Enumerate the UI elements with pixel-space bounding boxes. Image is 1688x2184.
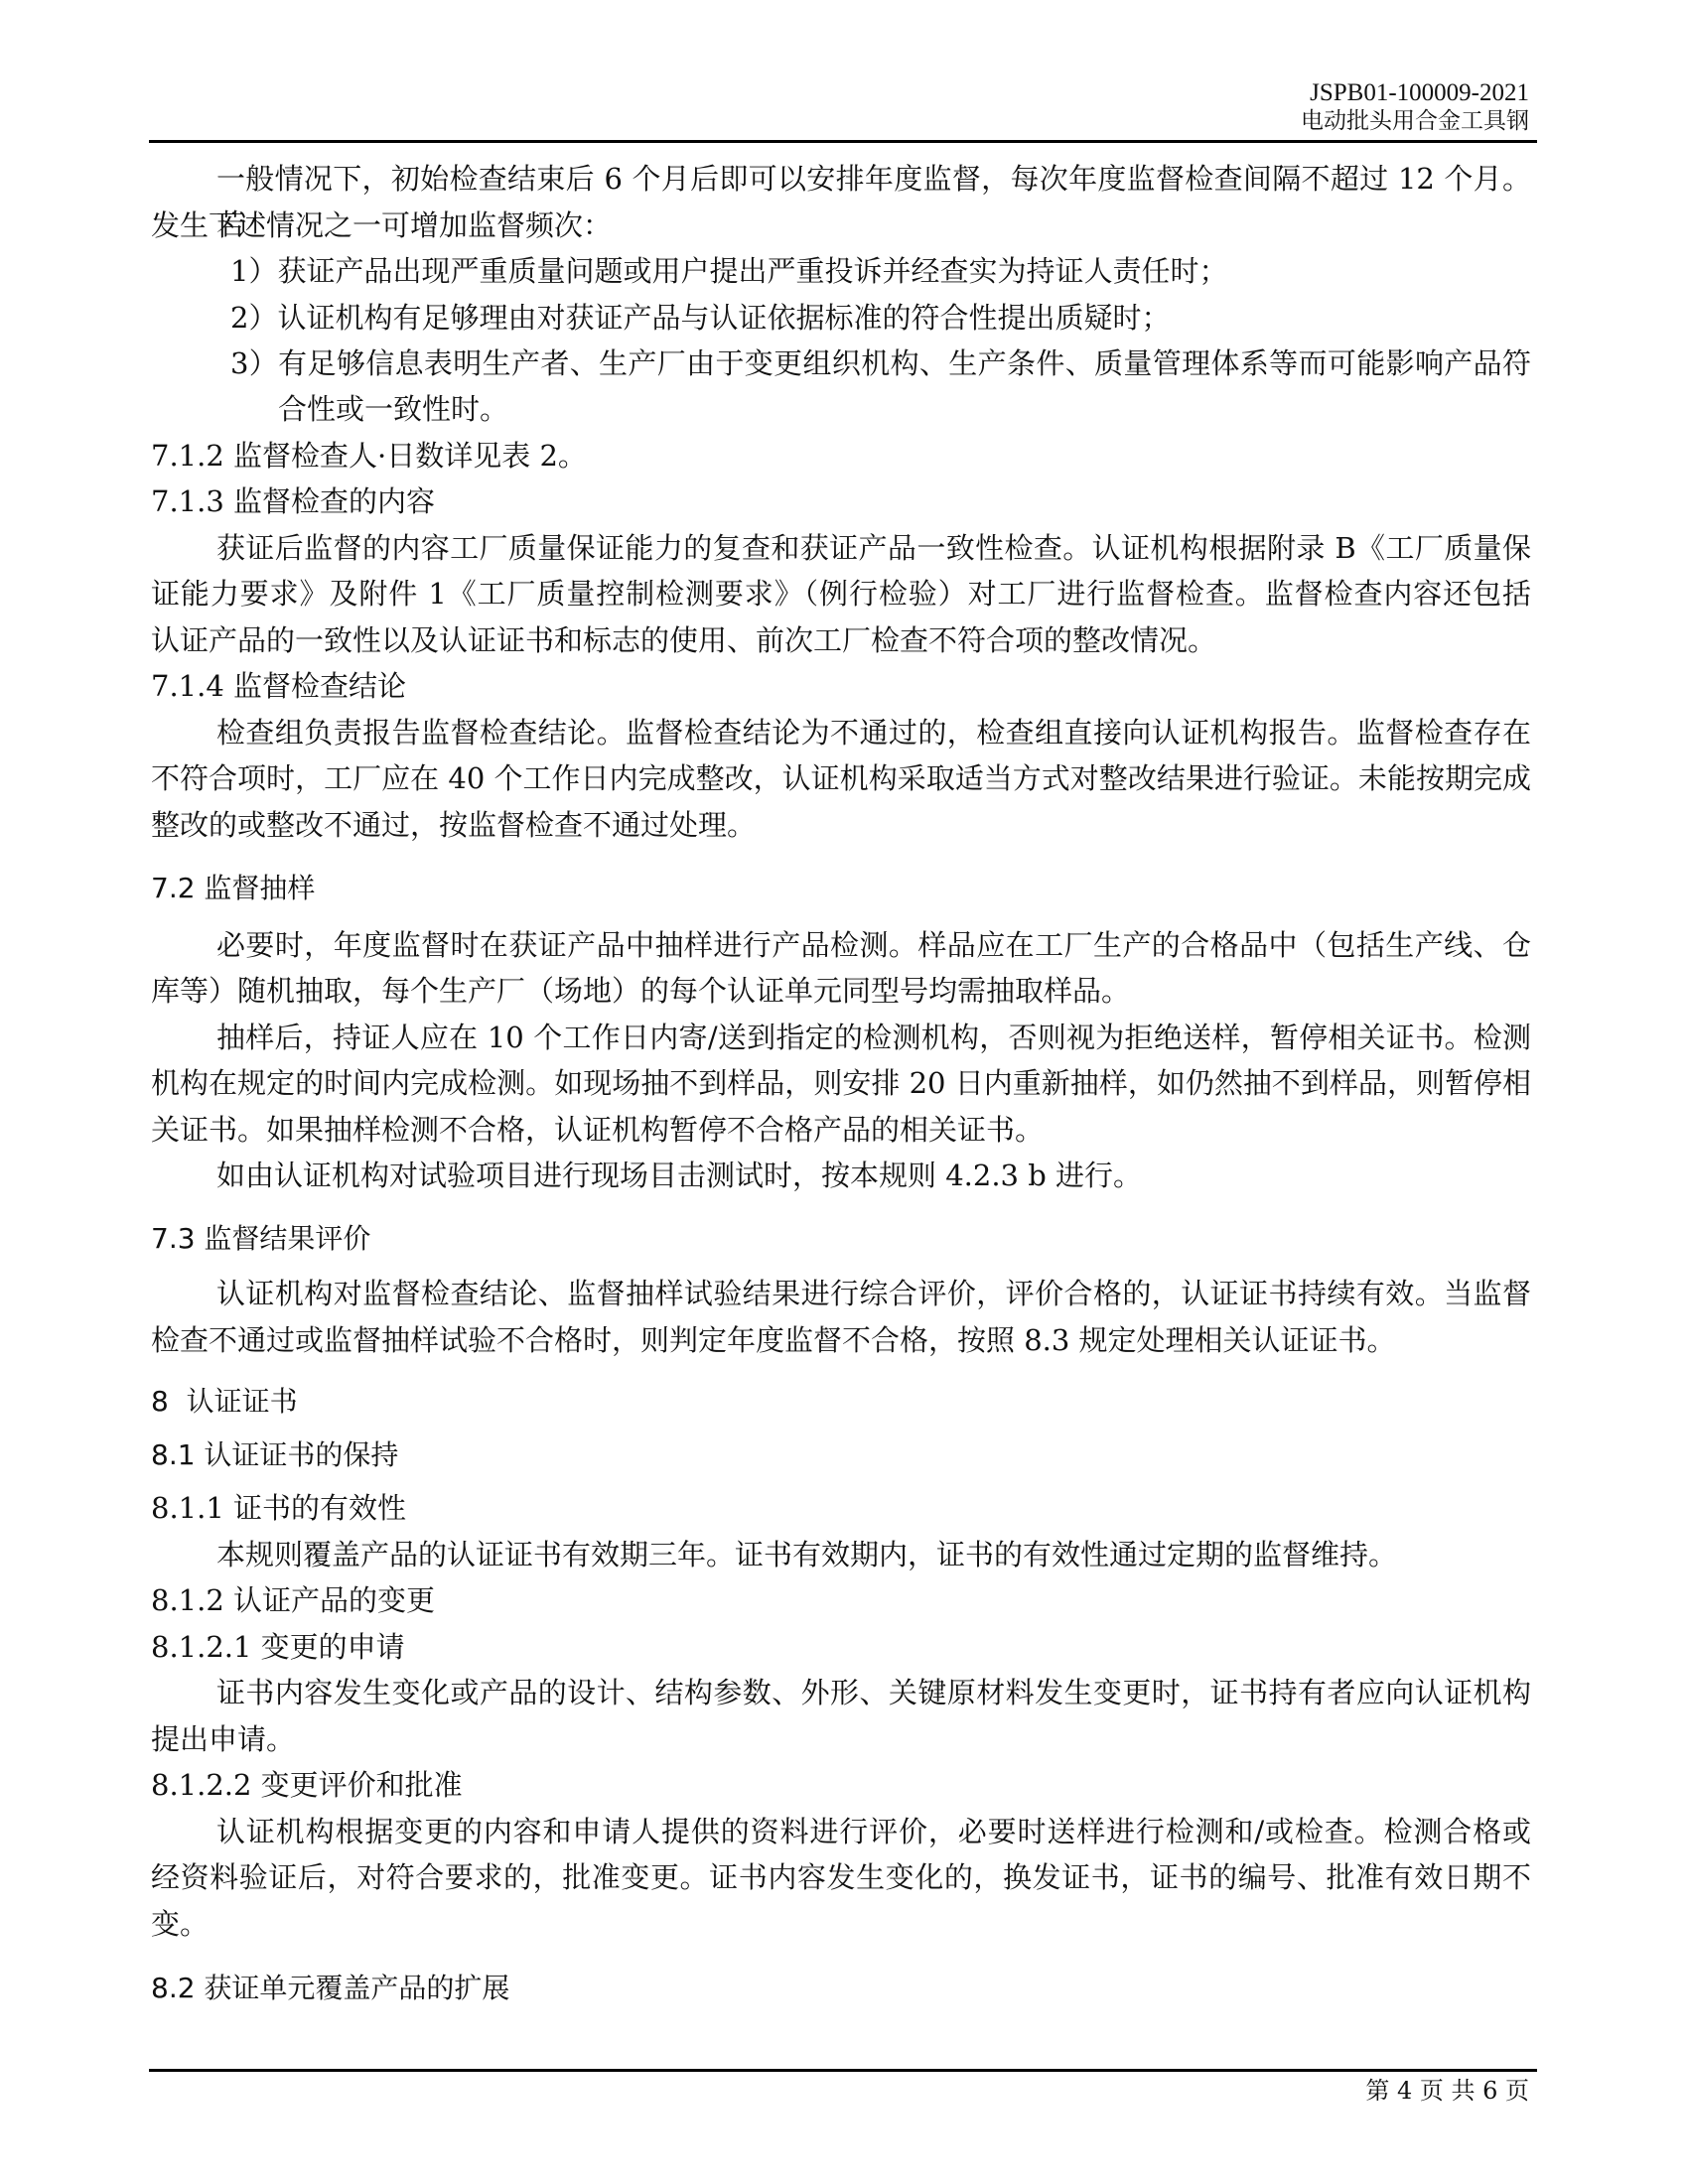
- page-number: 第 4 页 共 6 页: [1365, 2075, 1529, 2107]
- footer-rule: [149, 2069, 1537, 2072]
- subsection-heading-7-1-4: 7.1.4 监督检查结论: [151, 663, 1531, 709]
- subsection-heading-8-1-2: 8.1.2 认证产品的变更: [151, 1577, 1531, 1623]
- paragraph-line: 一般情况下，初始检查结束后 6 个月后即可以安排年度监督，每次年度监督检查间隔不…: [151, 156, 1531, 202]
- paragraph-line: 库等）随机抽取，每个生产厂（场地）的每个认证单元同型号均需抽取样品。: [151, 968, 1531, 1014]
- list-item: 3）有足够信息表明生产者、生产厂由于变更组织机构、生产条件、质量管理体系等而可能…: [151, 341, 1531, 386]
- paragraph-line: 经资料验证后，对符合要求的，批准变更。证书内容发生变化的，换发证书，证书的编号、…: [151, 1854, 1531, 1900]
- paragraph-line: 提出申请。: [151, 1716, 1531, 1762]
- list-item: 2）认证机构有足够理由对获证产品与认证依据标准的符合性提出质疑时；: [151, 295, 1531, 341]
- paragraph-line: 认证机构对监督检查结论、监督抽样试验结果进行综合评价，评价合格的，认证证书持续有…: [151, 1271, 1531, 1316]
- paragraph-line: 变。: [151, 1901, 1531, 1947]
- paragraph-line: 证书内容发生变化或产品的设计、结构参数、外形、关键原材料发生变更时，证书持有者应…: [151, 1670, 1531, 1715]
- paragraph-line: 证能力要求》及附件 1《工厂质量控制检测要求》（例行检验）对工厂进行监督检查。监…: [151, 571, 1531, 616]
- paragraph-line: 不符合项时，工厂应在 40 个工作日内完成整改，认证机构采取适当方式对整改结果进…: [151, 755, 1531, 801]
- paragraph-line: 本规则覆盖产品的认证证书有效期三年。证书有效期内，证书的有效性通过定期的监督维持…: [151, 1532, 1531, 1577]
- paragraph-line: 发生下述情况之一可增加监督频次：: [151, 203, 1531, 248]
- subsection-heading-8-1-1: 8.1.1 证书的有效性: [151, 1485, 1531, 1531]
- header-rule: [149, 140, 1537, 143]
- list-item-continuation: 合性或一致性时。: [151, 386, 1531, 432]
- paragraph-line: 机构在规定的时间内完成检测。如现场抽不到样品，则安排 20 日内重新抽样，如仍然…: [151, 1060, 1531, 1106]
- section-heading-8-1: 8.1 认证证书的保持: [151, 1433, 1531, 1478]
- list-item: 1）获证产品出现严重质量问题或用户提出严重投诉并经查实为持证人责任时；: [151, 248, 1531, 294]
- subsection-heading-7-1-2: 7.1.2 监督检查人·日数详见表 2。: [151, 433, 1531, 478]
- paragraph-line: 如由认证机构对试验项目进行现场目击测试时，按本规则 4.2.3 b 进行。: [151, 1153, 1531, 1198]
- paragraph-line: 检查组负责报告监督检查结论。监督检查结论为不通过的，检查组直接向认证机构报告。监…: [151, 710, 1531, 755]
- paragraph-line: 认证产品的一致性以及认证证书和标志的使用、前次工厂检查不符合项的整改情况。: [151, 617, 1531, 663]
- subsection-heading-7-1-3: 7.1.3 监督检查的内容: [151, 478, 1531, 524]
- subsection-heading-8-1-2-2: 8.1.2.2 变更评价和批准: [151, 1762, 1531, 1808]
- chapter-heading-8: 8 认证证书: [151, 1379, 1531, 1425]
- paragraph-line: 关证书。如果抽样检测不合格，认证机构暂停不合格产品的相关证书。: [151, 1107, 1531, 1153]
- section-heading-7-3: 7.3 监督结果评价: [151, 1216, 1531, 1262]
- paragraph-line: 必要时，年度监督时在获证产品中抽样进行产品检测。样品应在工厂生产的合格品中（包括…: [151, 922, 1531, 968]
- paragraph-line: 检查不通过或监督抽样试验不合格时，则判定年度监督不合格，按照 8.3 规定处理相…: [151, 1317, 1531, 1363]
- subsection-heading-8-1-2-1: 8.1.2.1 变更的申请: [151, 1624, 1531, 1670]
- section-heading-7-2: 7.2 监督抽样: [151, 866, 1531, 911]
- document-title: 电动批头用合金工具钢: [1301, 105, 1529, 137]
- section-heading-8-2: 8.2 获证单元覆盖产品的扩展: [151, 1966, 1531, 2011]
- paragraph-line: 获证后监督的内容工厂质量保证能力的复查和获证产品一致性检查。认证机构根据附录 B…: [151, 525, 1531, 571]
- paragraph-line: 认证机构根据变更的内容和申请人提供的资料进行评价，必要时送样进行检测和/或检查。…: [151, 1809, 1531, 1854]
- paragraph-line: 抽样后，持证人应在 10 个工作日内寄/送到指定的检测机构，否则视为拒绝送样，暂…: [151, 1015, 1531, 1060]
- paragraph-line: 整改的或整改不通过，按监督检查不通过处理。: [151, 802, 1531, 848]
